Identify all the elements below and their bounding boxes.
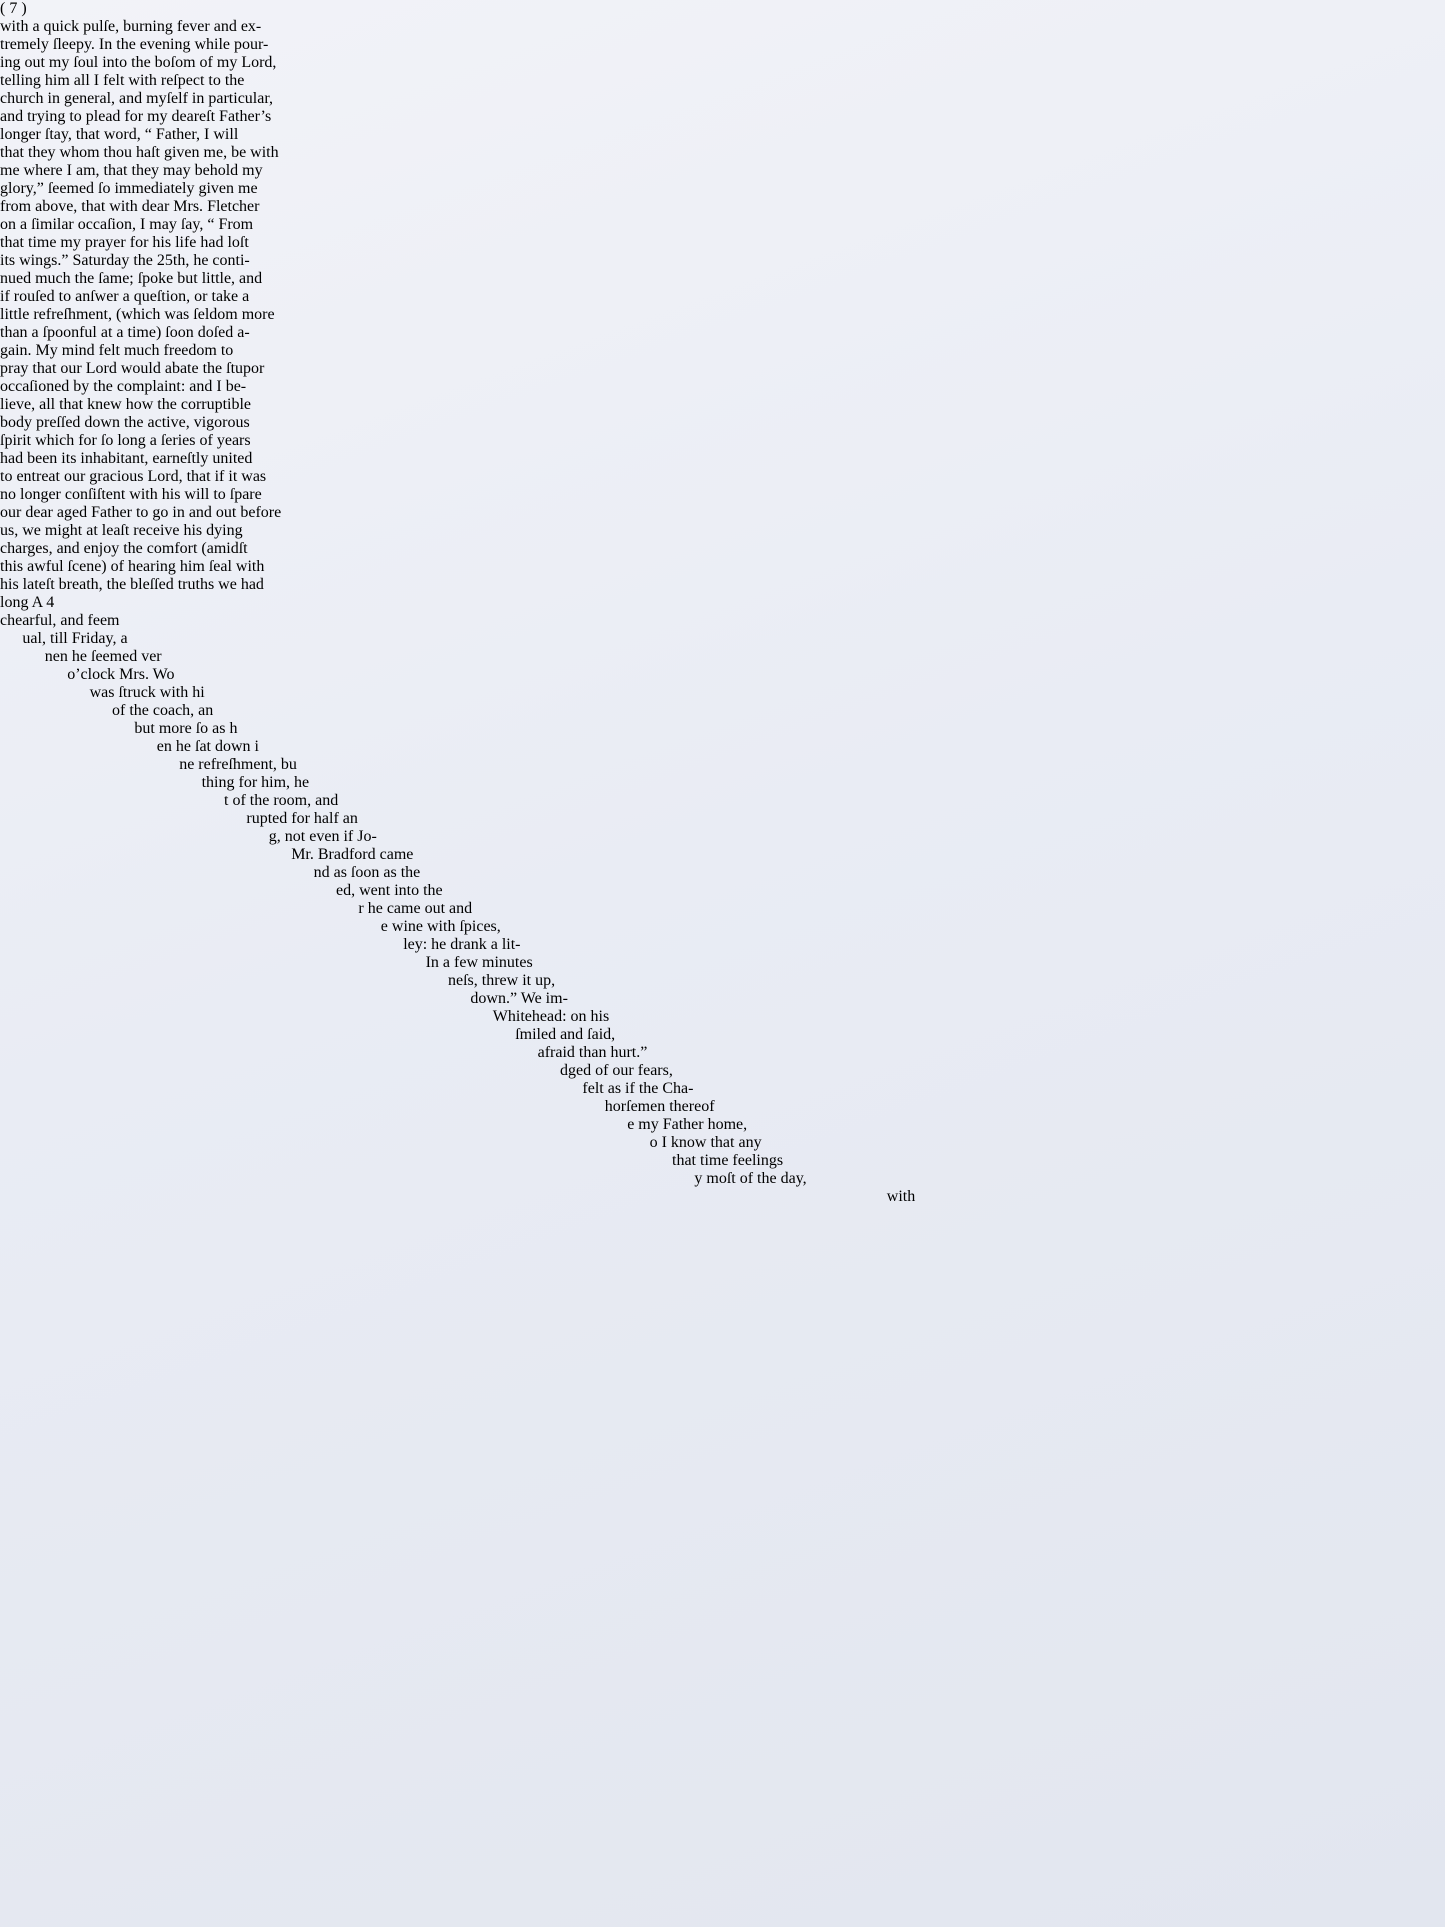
text-line: me where I am, that they may behold my: [0, 162, 1445, 180]
text-line: no longer conſiſtent with his will to ſp…: [0, 486, 1445, 504]
text-line: chearful, and feem: [0, 612, 1445, 630]
text-line: little refreſhment, (which was ſeldom mo…: [0, 306, 1445, 324]
text-line: occaſioned by the complaint: and I be-: [0, 378, 1445, 396]
text-line: body preſſed down the active, vigorous: [0, 414, 1445, 432]
text-line: ſpirit which for ſo long a ſeries of yea…: [0, 432, 1445, 450]
text-line: thing for him, he: [202, 774, 1445, 792]
catchword: long: [0, 594, 28, 611]
text-line: to entreat our gracious Lord, that if it…: [0, 468, 1445, 486]
text-line: church in general, and myſelf in particu…: [0, 90, 1445, 108]
text-line: this awful ſcene) of hearing him ſeal wi…: [0, 558, 1445, 576]
text-line: en he ſat down i: [157, 738, 1445, 756]
text-line: felt as if the Cha-: [582, 1080, 1445, 1098]
text-line: that time my prayer for his life had loſ…: [0, 234, 1445, 252]
text-line: pray that our Lord would abate the ſtupo…: [0, 360, 1445, 378]
text-line: lieve, all that knew how the corruptible: [0, 396, 1445, 414]
book-photo: ( 7 ) with a quick pulſe, burning fever …: [0, 0, 1445, 1927]
page-footer: long A 4: [0, 594, 1445, 612]
page-fore-edge: [284, 118, 332, 1590]
text-line: ed, went into the: [336, 882, 1445, 900]
text-line: its wings.” Saturday the 25th, he conti-: [0, 252, 1445, 270]
signature-mark: A 4: [32, 594, 55, 611]
text-line: and trying to plead for my deareſt Fathe…: [0, 108, 1445, 126]
text-line: his lateſt breath, the bleſſed truths we…: [0, 576, 1445, 594]
left-page-text: chearful, and feemual, till Friday, anen…: [0, 612, 1445, 1206]
text-line: y moſt of the day,: [694, 1170, 1445, 1188]
text-line: e my Father home,: [627, 1116, 1445, 1134]
right-page-wrap: ( 7 ) with a quick pulſe, burning fever …: [0, 0, 1445, 612]
text-line: telling him all I felt with reſpect to t…: [0, 72, 1445, 90]
text-line: that time feelings: [672, 1152, 1445, 1170]
text-line: ing out my ſoul into the boſom of my Lor…: [0, 54, 1445, 72]
text-line: dged of our fears,: [560, 1062, 1445, 1080]
text-line: o I know that any: [650, 1134, 1445, 1152]
text-line: In a few minutes: [426, 954, 1445, 972]
text-line: on a ſimilar occaſion, I may ſay, “ From: [0, 216, 1445, 234]
text-line: o’clock Mrs. Wo: [67, 666, 1445, 684]
text-line: Whitehead: on his: [493, 1008, 1445, 1026]
text-line: with a quick pulſe, burning fever and ex…: [0, 18, 1445, 36]
text-line: nen he ſeemed ver: [45, 648, 1445, 666]
text-line: r he came out and: [358, 900, 1445, 918]
text-line: down.” We im-: [470, 990, 1445, 1008]
text-line: tremely ſleepy. In the evening while pou…: [0, 36, 1445, 54]
text-line: ley: he drank a lit-: [403, 936, 1445, 954]
text-line: neſs, threw it up,: [448, 972, 1445, 990]
text-line: ſmiled and ſaid,: [515, 1026, 1445, 1044]
text-line: if rouſed to anſwer a queſtion, or take …: [0, 288, 1445, 306]
text-line: from above, that with dear Mrs. Fletcher: [0, 198, 1445, 216]
text-line: with: [887, 1188, 1445, 1206]
text-line: nued much the ſame; ſpoke but little, an…: [0, 270, 1445, 288]
text-line: longer ſtay, that word, “ Father, I will: [0, 126, 1445, 144]
text-line: than a ſpoonful at a time) ſoon doſed a-: [0, 324, 1445, 342]
text-line: g, not even if Jo-: [269, 828, 1445, 846]
text-line: ual, till Friday, a: [22, 630, 1445, 648]
body-text: with a quick pulſe, burning fever and ex…: [0, 18, 1445, 594]
right-page: ( 7 ) with a quick pulſe, burning fever …: [0, 0, 1445, 612]
text-line: nd as ſoon as the: [314, 864, 1445, 882]
text-line: t of the room, and: [224, 792, 1445, 810]
text-line: e wine with ſpices,: [381, 918, 1445, 936]
text-line: rupted for half an: [246, 810, 1445, 828]
text-line: that they whom thou haſt given me, be wi…: [0, 144, 1445, 162]
text-line: our dear aged Father to go in and out be…: [0, 504, 1445, 522]
page-number: ( 7 ): [0, 0, 1445, 18]
text-line: horſemen thereof: [605, 1098, 1445, 1116]
text-line: afraid than hurt.”: [538, 1044, 1445, 1062]
text-line: us, we might at leaſt receive his dying: [0, 522, 1445, 540]
text-line: ne refreſhment, bu: [179, 756, 1445, 774]
text-line: gain. My mind felt much freedom to: [0, 342, 1445, 360]
text-line: had been its inhabitant, earneſtly unite…: [0, 450, 1445, 468]
text-line: charges, and enjoy the comfort (amidſt: [0, 540, 1445, 558]
text-line: glory,” ſeemed ſo immediately given me: [0, 180, 1445, 198]
text-line: Mr. Bradford came: [291, 846, 1445, 864]
left-page: chearful, and feemual, till Friday, anen…: [0, 612, 1445, 1206]
